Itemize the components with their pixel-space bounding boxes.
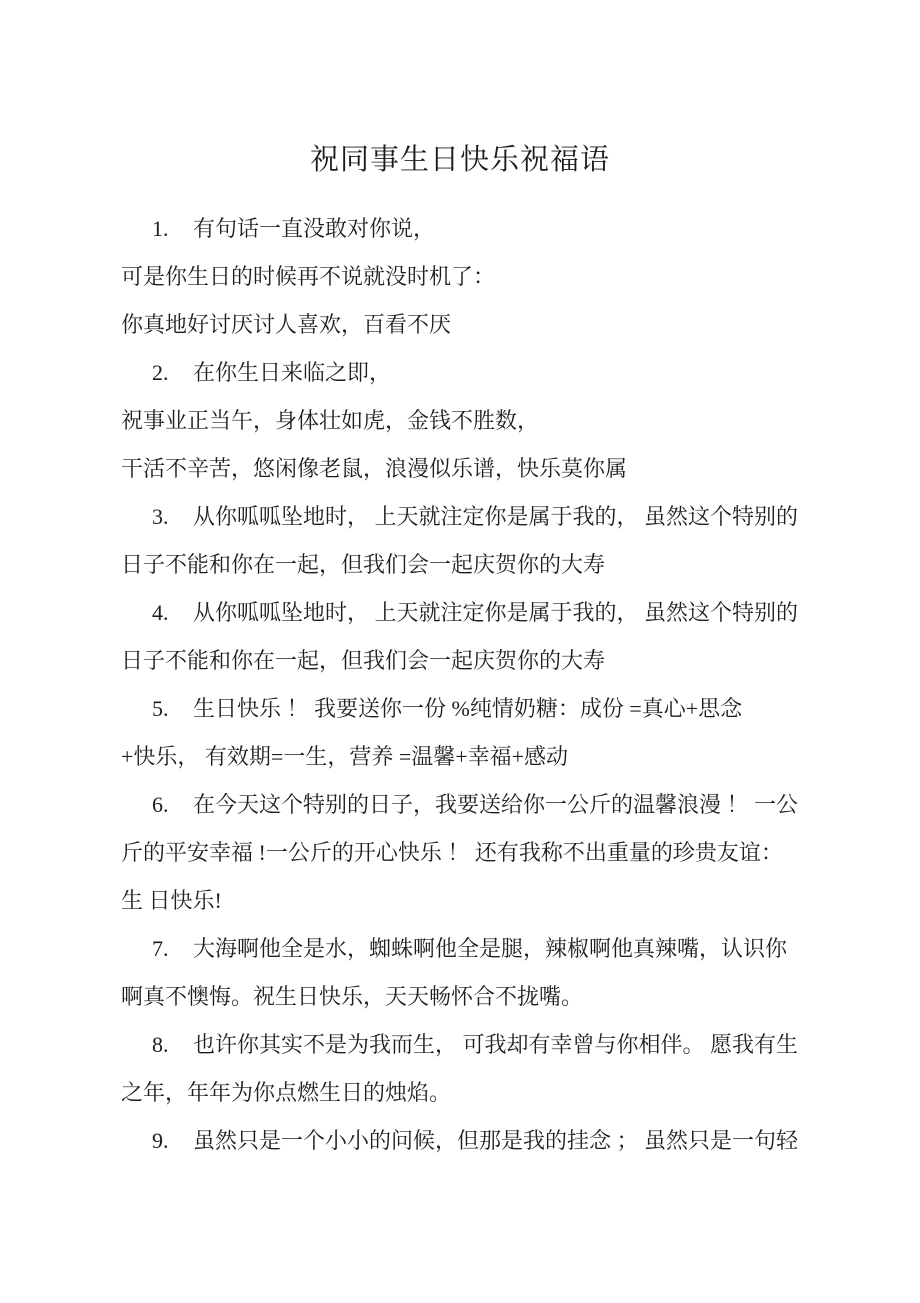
wish-item-wrap-line: 祝事业正当午，身体壮如虎，金钱不胜数， xyxy=(121,397,860,445)
item-number: 8. xyxy=(152,1021,193,1069)
item-text: 从你呱呱坠地时， 上天就注定你是属于我的， 虽然这个特别的 xyxy=(193,600,798,625)
wish-item-wrap-line: 你真地好讨厌讨人喜欢，百看不厌 xyxy=(121,301,860,349)
item-number: 5. xyxy=(152,685,193,733)
wish-item-wrap-line: 可是你生日的时候再不说就没时机了： xyxy=(121,253,860,301)
item-text: 斤的平安幸福 !一公斤的开心快乐 ！ 还有我称不出重量的珍贵友谊： xyxy=(121,840,783,865)
item-text: 也许你其实不是为我而生， 可我却有幸曾与你相伴。 愿我有生 xyxy=(193,1032,798,1057)
wish-item-wrap-line: 干活不辛苦，悠闲像老鼠，浪漫似乐谱，快乐莫你属 xyxy=(121,445,860,493)
item-text: 在今天这个特别的日子，我要送给你一公斤的温馨浪漫 ！ 一公 xyxy=(193,792,798,817)
item-text: 从你呱呱坠地时， 上天就注定你是属于我的， 虽然这个特别的 xyxy=(193,504,798,529)
item-text: 日子不能和你在一起，但我们会一起庆贺你的大寿 xyxy=(121,552,605,577)
wish-item-wrap-line: 之年，年年为你点燃生日的烛焰。 xyxy=(121,1069,860,1117)
item-text: 大海啊他全是水，蜘蛛啊他全是腿，辣椒啊他真辣嘴，认识你 xyxy=(193,936,787,961)
wish-item-wrap-line: 日子不能和你在一起，但我们会一起庆贺你的大寿 xyxy=(121,541,860,589)
wish-item-first-line: 5.生日快乐 ！ 我要送你一份 %纯情奶糖：成份 =真心+思念 xyxy=(121,685,860,733)
wish-item-wrap-line: 生 日快乐! xyxy=(121,877,860,925)
item-text: 在你生日来临之即， xyxy=(193,360,391,385)
wish-item-wrap-line: 斤的平安幸福 !一公斤的开心快乐 ！ 还有我称不出重量的珍贵友谊： xyxy=(121,829,860,877)
document-body: 1.有句话一直没敢对你说，可是你生日的时候再不说就没时机了：你真地好讨厌讨人喜欢… xyxy=(0,205,920,1165)
item-text: 可是你生日的时候再不说就没时机了： xyxy=(121,264,495,289)
item-number: 6. xyxy=(152,781,193,829)
wish-item-wrap-line: 啊真不懊悔。祝生日快乐，天天畅怀合不拢嘴。 xyxy=(121,973,860,1021)
item-text: 你真地好讨厌讨人喜欢，百看不厌 xyxy=(121,312,451,337)
item-text: 日子不能和你在一起，但我们会一起庆贺你的大寿 xyxy=(121,648,605,673)
wish-item-first-line: 1.有句话一直没敢对你说， xyxy=(121,205,860,253)
wish-item-wrap-line: 日子不能和你在一起，但我们会一起庆贺你的大寿 xyxy=(121,637,860,685)
document-page: 祝同事生日快乐祝福语 1.有句话一直没敢对你说，可是你生日的时候再不说就没时机了… xyxy=(0,0,920,1303)
wish-item-wrap-line: +快乐， 有效期=一生，营养 =温馨+幸福+感动 xyxy=(121,733,860,781)
item-number: 7. xyxy=(152,925,193,973)
item-text: 生 日快乐! xyxy=(121,888,222,913)
item-number: 9. xyxy=(152,1117,193,1165)
wish-item-first-line: 6.在今天这个特别的日子，我要送给你一公斤的温馨浪漫 ！ 一公 xyxy=(121,781,860,829)
item-text: 有句话一直没敢对你说， xyxy=(193,216,435,241)
item-number: 2. xyxy=(152,349,193,397)
item-number: 3. xyxy=(152,493,193,541)
wish-item-first-line: 4.从你呱呱坠地时， 上天就注定你是属于我的， 虽然这个特别的 xyxy=(121,589,860,637)
document-title: 祝同事生日快乐祝福语 xyxy=(0,0,920,179)
item-text: 干活不辛苦，悠闲像老鼠，浪漫似乐谱，快乐莫你属 xyxy=(121,456,627,481)
wish-item-first-line: 3.从你呱呱坠地时， 上天就注定你是属于我的， 虽然这个特别的 xyxy=(121,493,860,541)
item-text: 祝事业正当午，身体壮如虎，金钱不胜数， xyxy=(121,408,539,433)
wish-item-first-line: 8.也许你其实不是为我而生， 可我却有幸曾与你相伴。 愿我有生 xyxy=(121,1021,860,1069)
item-number: 4. xyxy=(152,589,193,637)
wish-item-first-line: 7.大海啊他全是水，蜘蛛啊他全是腿，辣椒啊他真辣嘴，认识你 xyxy=(121,925,860,973)
item-text: 生日快乐 ！ 我要送你一份 %纯情奶糖：成份 =真心+思念 xyxy=(193,696,742,721)
wish-item-first-line: 9.虽然只是一个小小的问候，但那是我的挂念 ； 虽然只是一句轻 xyxy=(121,1117,860,1165)
item-text: +快乐， 有效期=一生，营养 =温馨+幸福+感动 xyxy=(121,744,568,769)
item-number: 1. xyxy=(152,205,193,253)
item-text: 啊真不懊悔。祝生日快乐，天天畅怀合不拢嘴。 xyxy=(121,984,583,1009)
item-text: 之年，年年为你点燃生日的烛焰。 xyxy=(121,1080,451,1105)
wish-item-first-line: 2.在你生日来临之即， xyxy=(121,349,860,397)
item-text: 虽然只是一个小小的问候，但那是我的挂念 ； 虽然只是一句轻 xyxy=(193,1128,798,1153)
